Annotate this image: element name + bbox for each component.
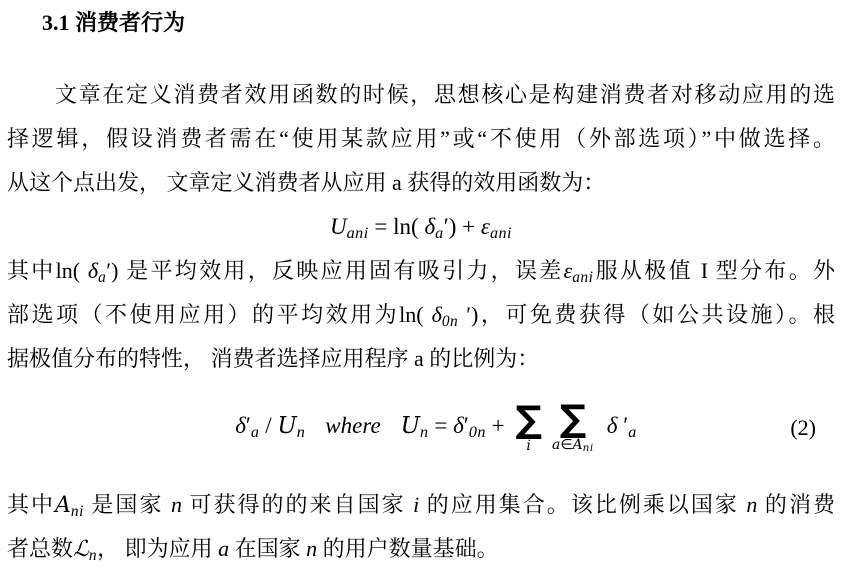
display-formula-utility: Uani = ln( δa′) + εani xyxy=(7,205,835,249)
paragraph2-line3: 据极值分布的特性， 消费者选择应用程序 a 的比例为： xyxy=(7,337,835,381)
document-page: 3.1 消费者行为 文章在定义消费者效用函数的时候，思想核心是构建消费者对移动应… xyxy=(0,0,842,572)
section-heading: 3.1 消费者行为 xyxy=(42,8,835,38)
paragraph1-line2: 择逻辑，假设消费者需在“使用某款应用”或“不使用（外部选项）”中做选择。 xyxy=(7,117,835,161)
paragraph2-line1: 其中ln( δa′) 是平均效用，反映应用固有吸引力，误差εani服从极值 I … xyxy=(7,249,835,293)
summation-symbol: ∑a∈Ani xyxy=(552,401,594,454)
paragraph1-line1: 文章在定义消费者效用函数的时候，思想核心是构建消费者对移动应用的选 xyxy=(7,73,835,117)
formula-share-expression: δ′a / UnwhereUn = δ′0n + ∑i∑a∈Aniδ ′a xyxy=(235,401,637,454)
equation-number: (2) xyxy=(790,415,816,441)
summation-symbol: ∑i xyxy=(515,402,542,454)
paragraph3-line2: 者总数ℒn， 即为应用 a 在国家 n 的用户数量基础。 xyxy=(7,527,835,571)
paragraph1-line3: 从这个点出发， 文章定义消费者从应用 a 获得的效用函数为： xyxy=(7,161,835,205)
paragraph3-line1: 其中Ani 是国家 n 可获得的的来自国家 i 的应用集合。该比例乘以国家 n … xyxy=(7,483,835,527)
paragraph2-line2: 部选项（不使用应用）的平均效用为ln( δ0n ′)，可免费获得（如公共设施）。… xyxy=(7,293,835,337)
display-formula-share: δ′a / UnwhereUn = δ′0n + ∑i∑a∈Aniδ ′a (2… xyxy=(7,381,835,475)
